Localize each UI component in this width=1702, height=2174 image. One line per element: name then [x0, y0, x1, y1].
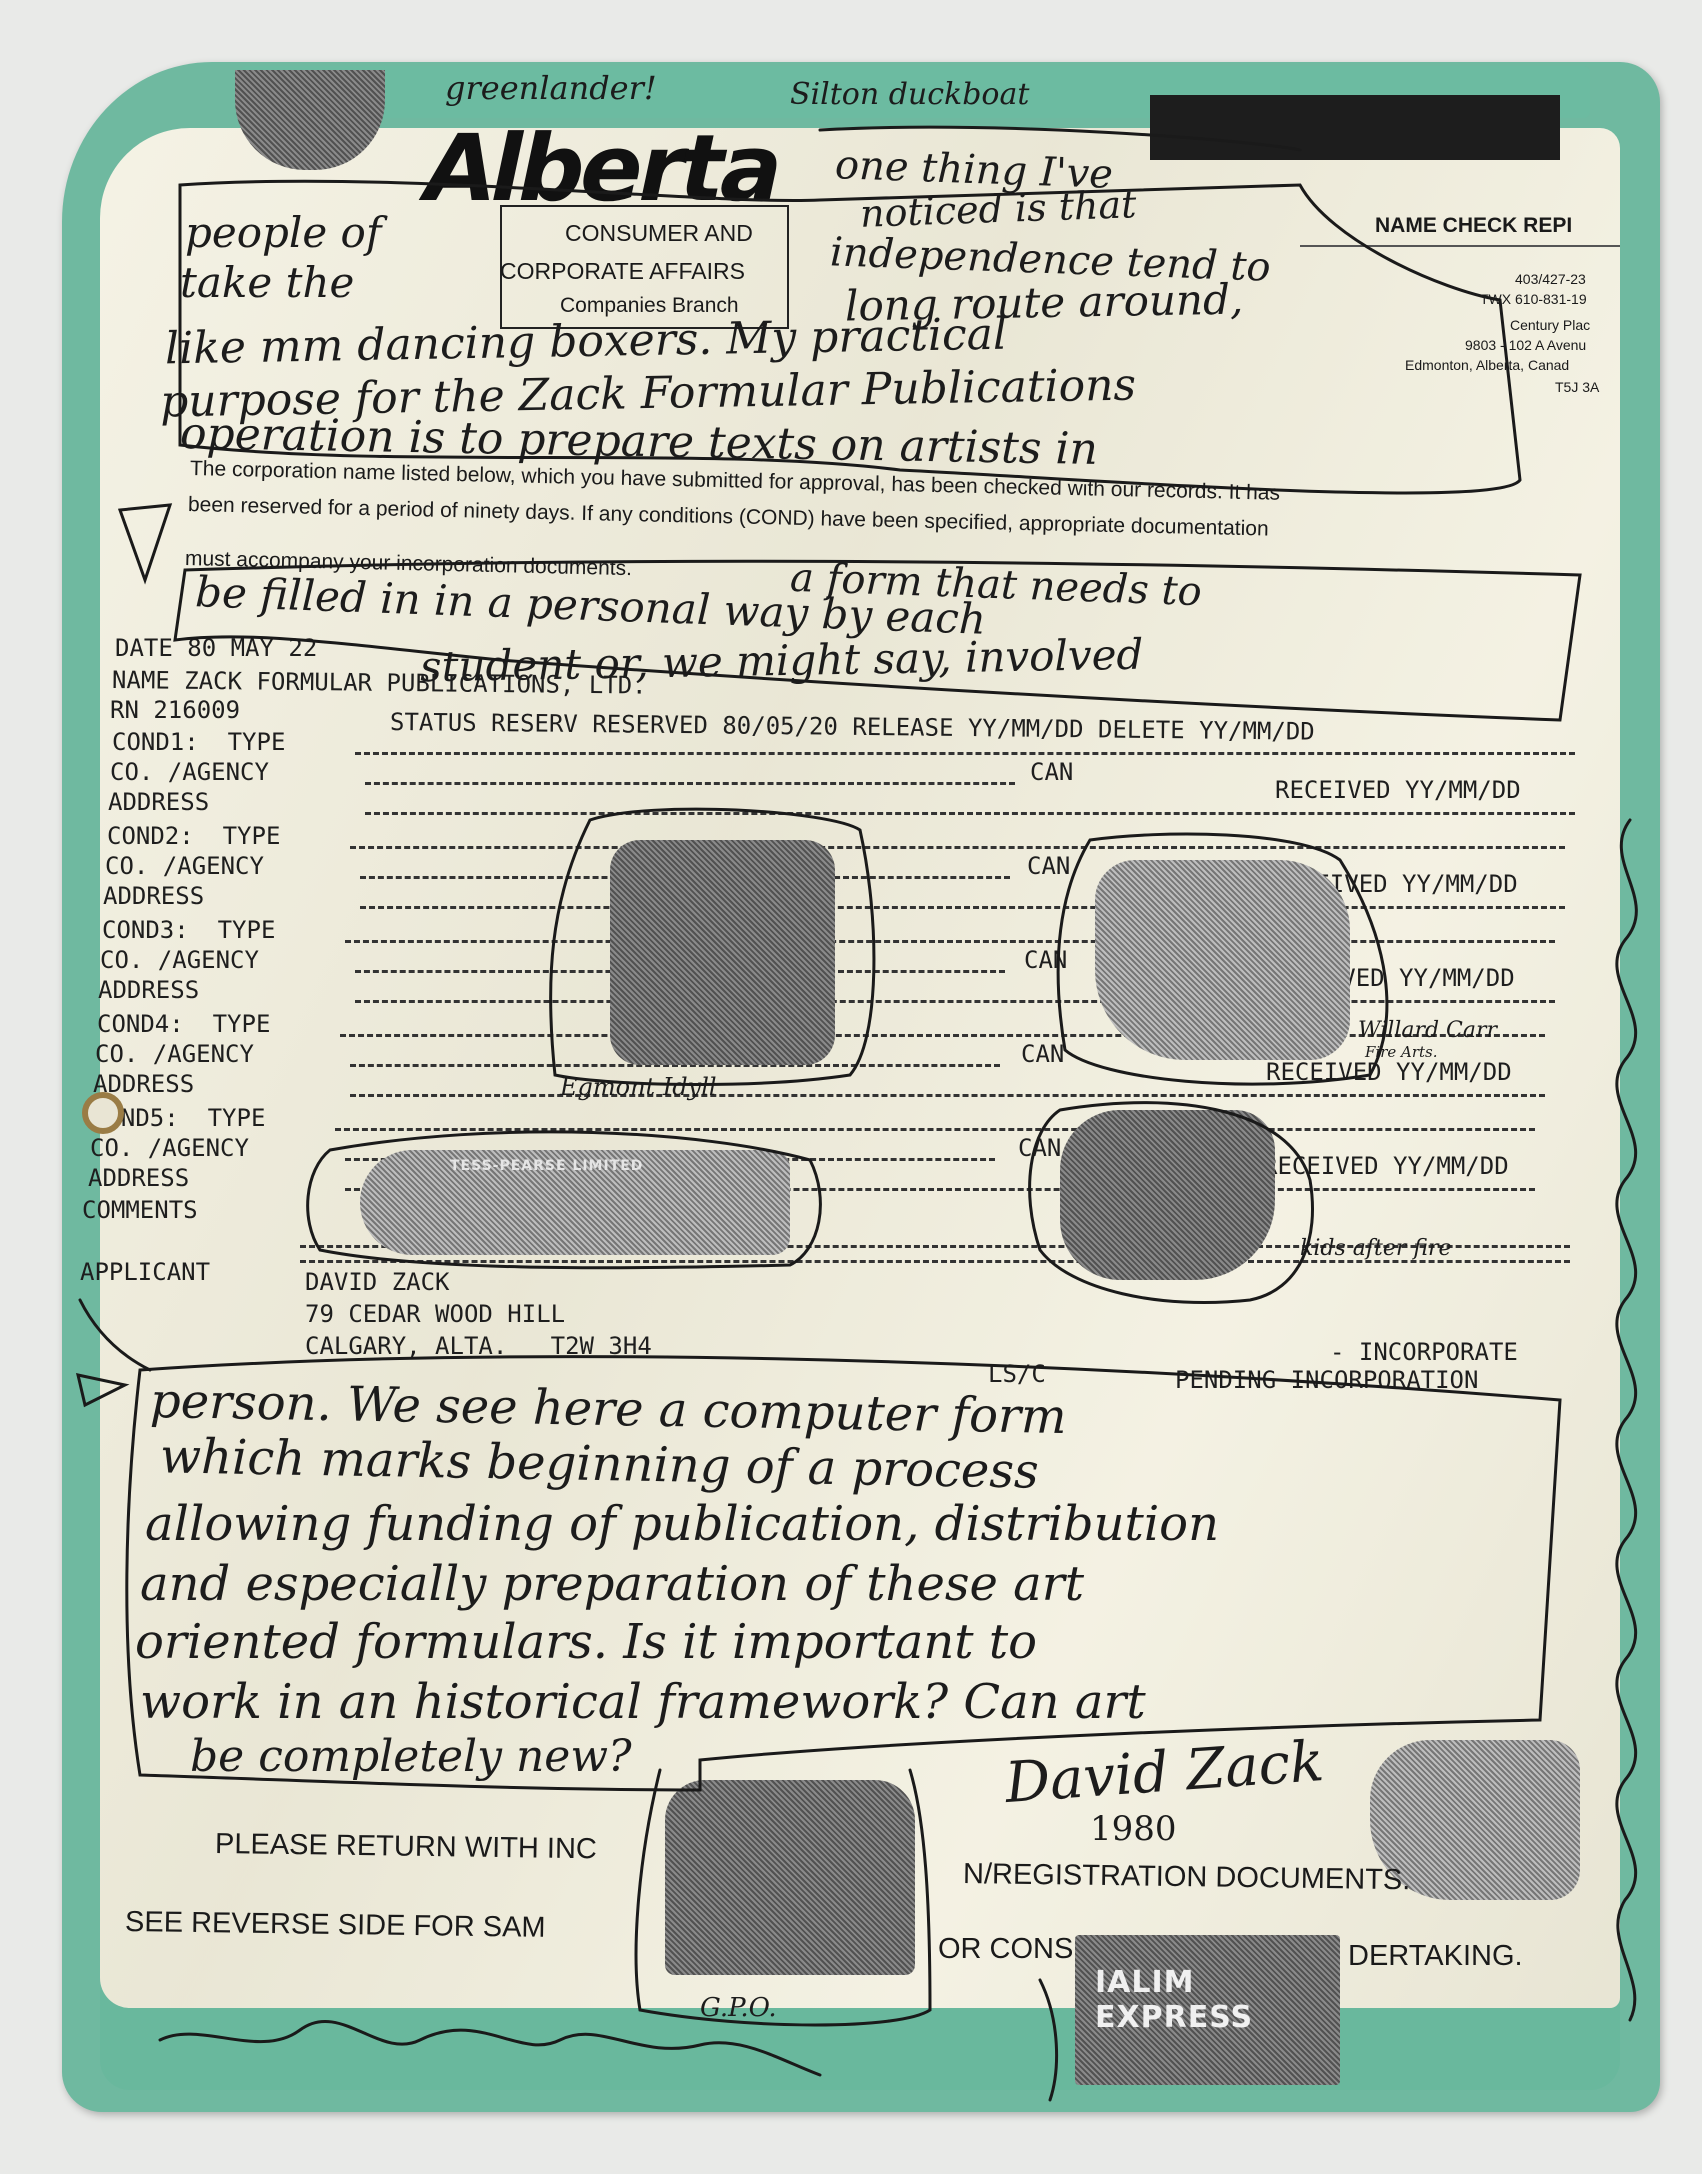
label-silton-duckboat: Silton duckboat	[790, 80, 1029, 110]
cond-address-label: ADDRESS	[103, 884, 204, 908]
department-line-2: CORPORATE AFFAIRS	[500, 260, 745, 283]
cond-type-line	[355, 752, 1575, 755]
building-sign: TESS-PEARSE LIMITED	[450, 1158, 643, 1174]
pending-label: PENDING INCORPORATION	[1175, 1368, 1478, 1392]
hand-top-line-3: people of	[185, 212, 381, 254]
record-rn: RN 216009	[110, 698, 240, 722]
hand-bottom-line-2: which marks beginning of a process	[160, 1432, 1039, 1495]
cond-agency-label: CO. /AGENCY	[95, 1042, 254, 1066]
comments-label: COMMENTS	[82, 1198, 198, 1222]
applicant-name: DAVID ZACK	[305, 1270, 450, 1294]
cond-address-line	[360, 906, 1565, 909]
cond-agency-label: CO. /AGENCY	[105, 854, 264, 878]
cond-can-label: CAN	[1027, 854, 1070, 878]
caption-house: Willard Carr	[1358, 1020, 1497, 1042]
cond-agency-label: CO. /AGENCY	[90, 1136, 249, 1160]
cond-type-label: COND3: TYPE	[102, 918, 275, 942]
caption-house-sub: Fire Arts.	[1365, 1045, 1438, 1060]
caption-kids: kids after fire	[1300, 1238, 1452, 1260]
lsc-label: LS/C	[988, 1362, 1046, 1386]
grommet-ring	[82, 1092, 124, 1134]
contact-street: 9803 - 102 A Avenu	[1465, 338, 1586, 352]
cond-type-line	[345, 940, 1555, 943]
cond-type-line	[335, 1128, 1535, 1131]
record-name: NAME ZACK FORMULAR PUBLICATIONS, LTD.	[112, 668, 647, 698]
house-photo	[1095, 860, 1350, 1060]
cond-type-line	[350, 846, 1565, 849]
hand-bottom-line-5: oriented formulars. Is it important to	[135, 1618, 1037, 1666]
contact-building: Century Plac	[1510, 318, 1590, 332]
footer-line-1-end: N/REGISTRATION DOCUMENTS.	[963, 1860, 1411, 1895]
applicant-city: CALGARY, ALTA. T2W 3H4	[305, 1334, 652, 1358]
contact-city: Edmonton, Alberta, Canad	[1405, 358, 1569, 372]
hand-bottom-line-6: work in an historical framework? Can art	[140, 1678, 1146, 1726]
cond-address-label: ADDRESS	[108, 790, 209, 814]
record-date: DATE 80 MAY 22	[115, 636, 317, 660]
cond-address-label: ADDRESS	[98, 978, 199, 1002]
contact-twx: TWX 610-831-19	[1480, 292, 1587, 306]
cond-type-label: COND4: TYPE	[97, 1012, 270, 1036]
cond-can-label: CAN	[1018, 1136, 1061, 1160]
contact-postal: T5J 3A	[1555, 380, 1599, 394]
caption-camera: Egmont Idyll	[560, 1075, 717, 1099]
hand-top-line-2: noticed is that	[859, 185, 1137, 233]
cond-received-label: RECEIVED YY/MM/DD	[1263, 1154, 1509, 1178]
kids-photo	[1060, 1110, 1275, 1280]
cond-address-line	[350, 1094, 1545, 1097]
cond-can-label: CAN	[1024, 948, 1067, 972]
portrait-photo	[665, 1780, 915, 1975]
cond-address-line	[365, 812, 1575, 815]
sticker-text: IALIM EXPRESS	[1095, 1965, 1340, 2035]
cond-type-label: COND1: TYPE	[112, 730, 285, 754]
hand-top-line-5: take the	[180, 262, 354, 304]
department-line-1: CONSUMER AND	[565, 222, 753, 245]
cond-type-label: COND2: TYPE	[107, 824, 280, 848]
hand-bottom-line-7: be completely new?	[190, 1735, 632, 1779]
dark-photo-strip	[1150, 95, 1560, 160]
cond-agency-line	[365, 782, 1015, 785]
cond-can-label: CAN	[1030, 760, 1073, 784]
signature-year: 1980	[1090, 1812, 1177, 1846]
hand-bottom-line-4: and especially preparation of these art	[140, 1560, 1084, 1608]
footer-line-2-mid: OR CONS	[938, 1935, 1073, 1964]
applicant-label: APPLICANT	[80, 1260, 210, 1284]
cond-received-label: RECEIVED YY/MM/DD	[1275, 778, 1521, 802]
header-rule	[1300, 245, 1620, 247]
applicant-street: 79 CEDAR WOOD HILL	[305, 1302, 565, 1326]
label-greenlander: greenlander!	[445, 72, 657, 104]
cond-received-label: RECEIVED YY/MM/DD	[1266, 1060, 1512, 1084]
cond-agency-label: CO. /AGENCY	[110, 760, 269, 784]
footer-line-2-end: DERTAKING.	[1348, 1942, 1523, 1971]
contact-phone: 403/427-23	[1515, 272, 1586, 286]
camera-photo	[610, 840, 835, 1065]
cond-address-label: ADDRESS	[88, 1166, 189, 1190]
cond-address-line	[355, 1000, 1555, 1003]
footer-line-2: SEE REVERSE SIDE FOR SAM	[125, 1908, 546, 1943]
caption-portrait: G.P.O.	[700, 1995, 777, 2021]
cond-agency-label: CO. /AGENCY	[100, 948, 259, 972]
cond-can-label: CAN	[1021, 1042, 1064, 1066]
report-title: NAME CHECK REPI	[1375, 215, 1572, 236]
building-photo: TESS-PEARSE LIMITED	[360, 1150, 790, 1255]
express-sticker: IALIM EXPRESS	[1075, 1935, 1340, 2085]
incorporate-label: - INCORPORATE	[1330, 1340, 1518, 1364]
footer-line-1: PLEASE RETURN WITH INC	[215, 1830, 597, 1864]
hand-bottom-line-3: allowing funding of publication, distrib…	[145, 1500, 1219, 1548]
